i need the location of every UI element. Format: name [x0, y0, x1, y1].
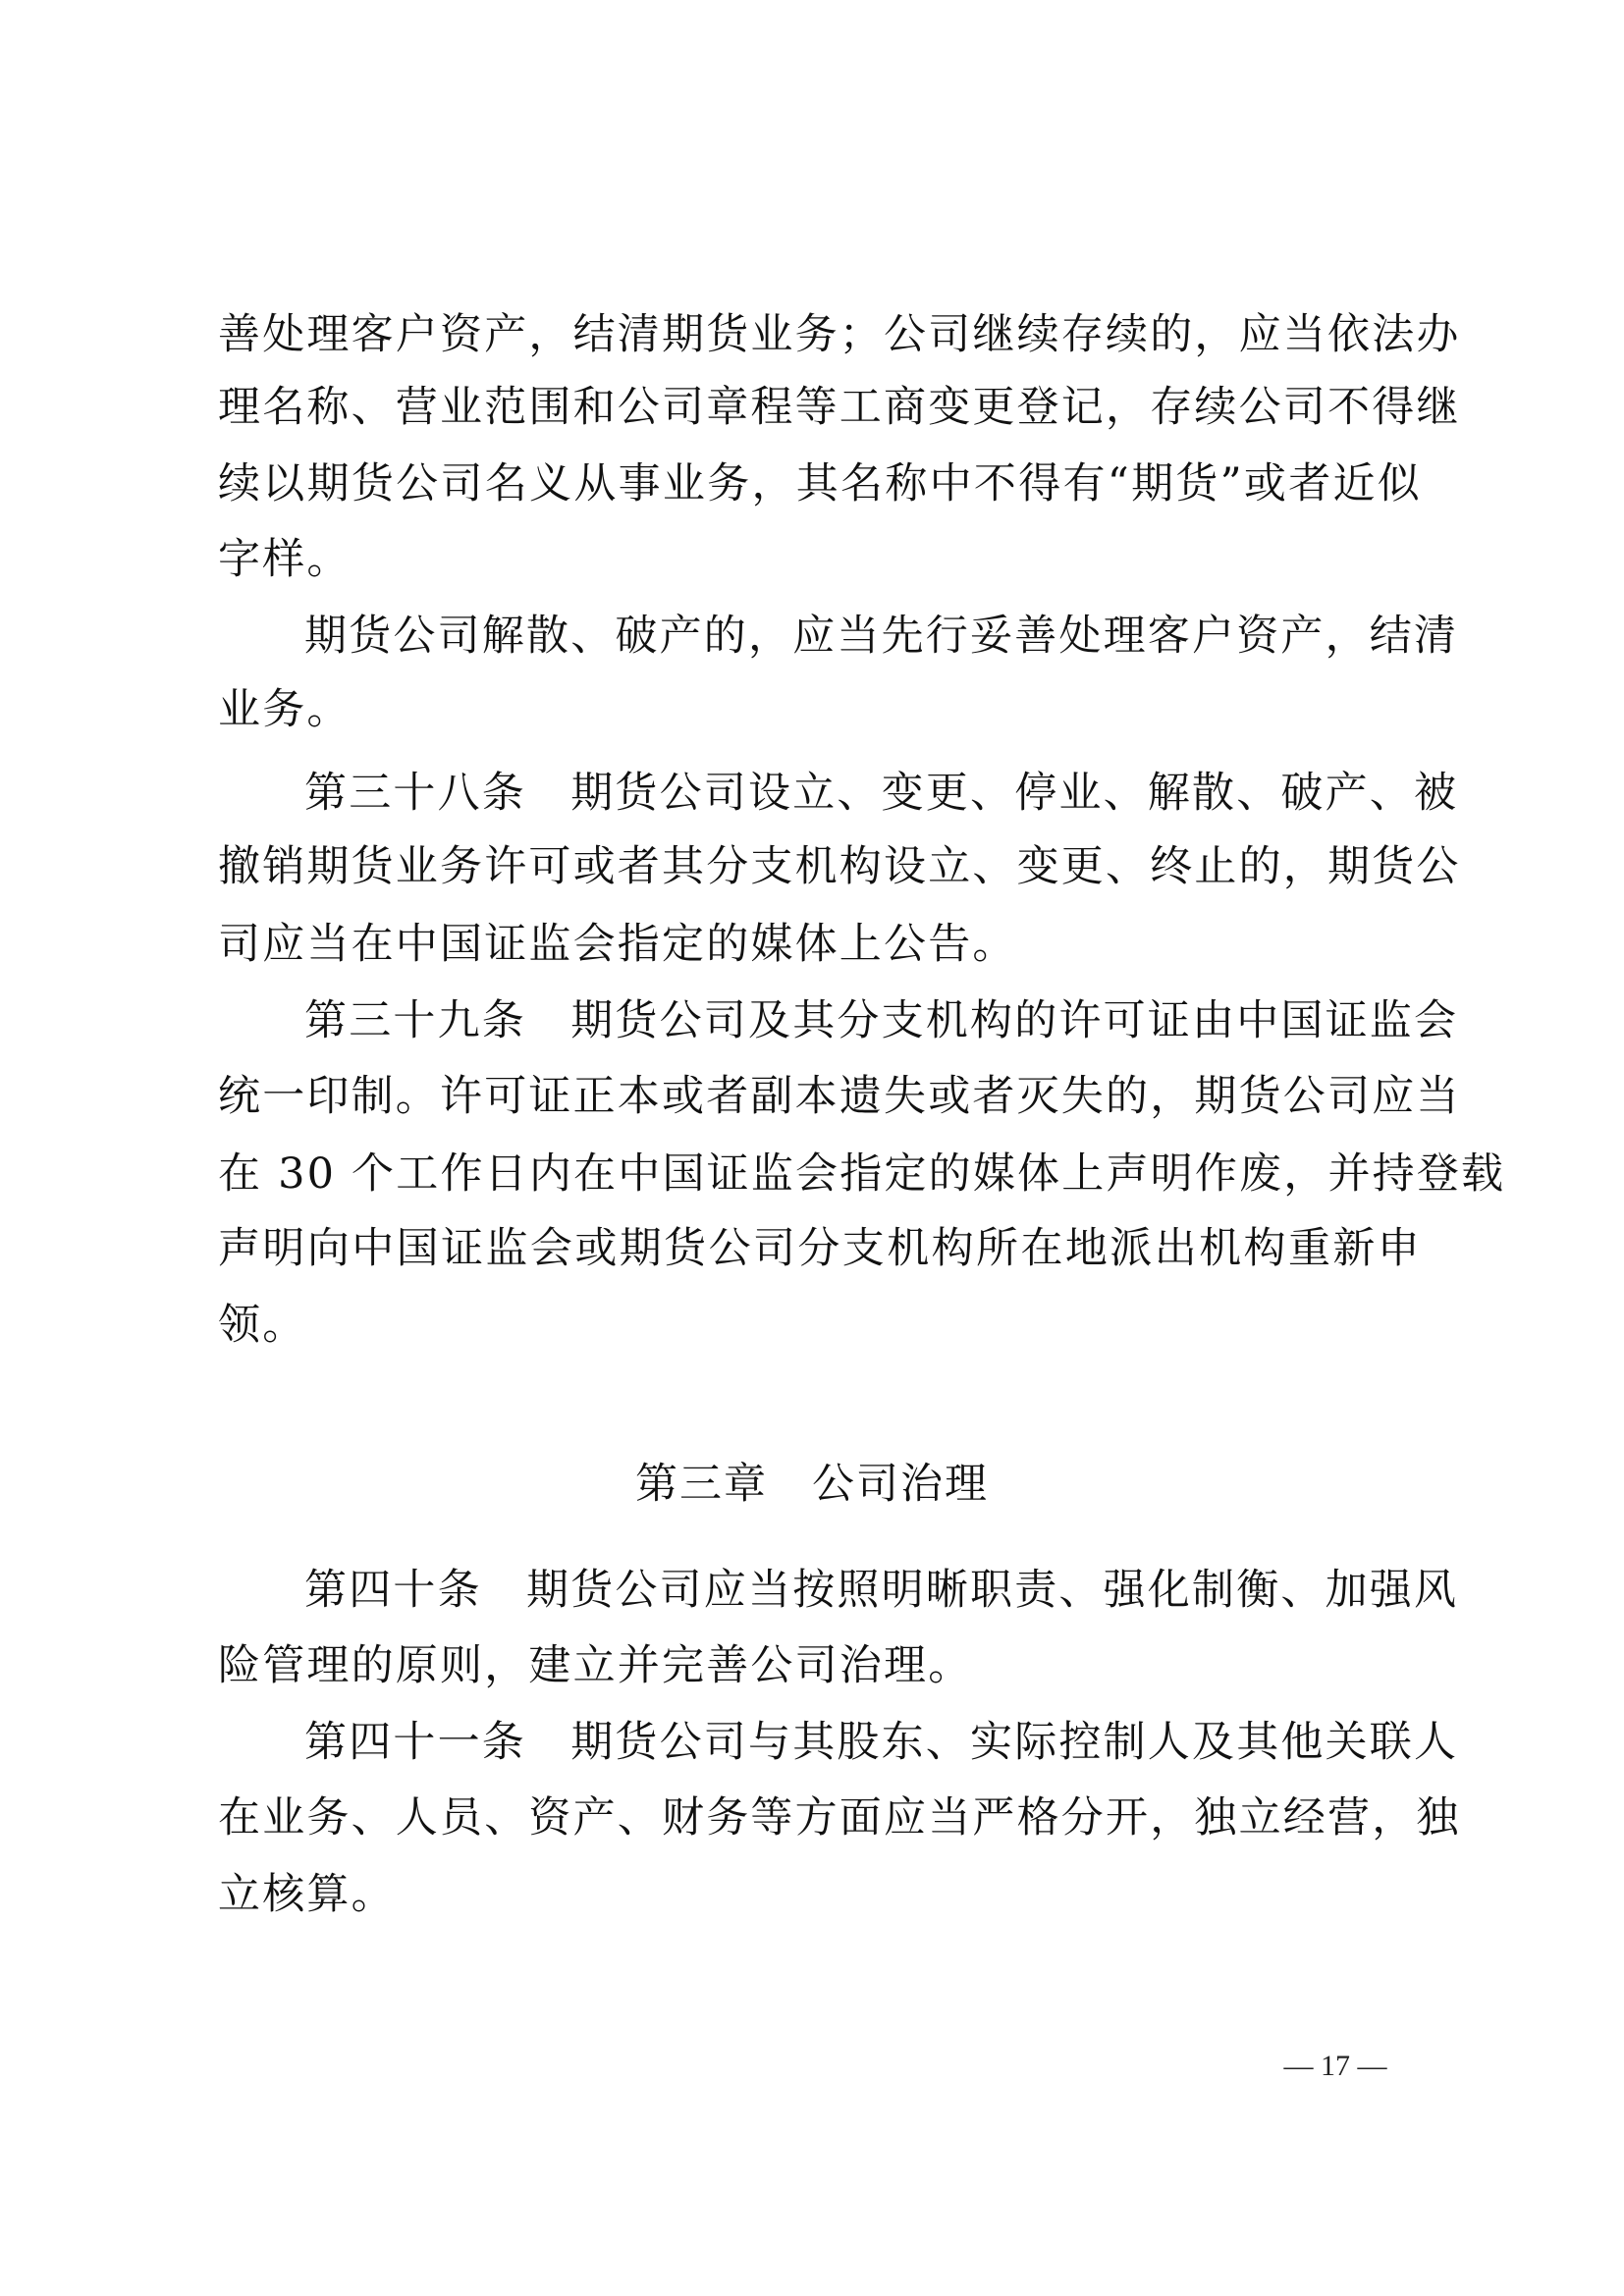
article-38-line: 撤销期货业务许可或者其分支机构设立、变更、终止的，期货公	[218, 837, 1422, 896]
article-38-line: 第三十八条 期货公司设立、变更、停业、解散、破产、被	[304, 764, 1422, 823]
paragraph-line: 字样。	[218, 530, 1422, 589]
article-41-line: 在业务、人员、资产、财务等方面应当严格分开，独立经营，独	[218, 1789, 1422, 1847]
article-39-line: 在 30 个工作日内在中国证监会指定的媒体上声明作废，并持登载	[218, 1145, 1422, 1203]
document-page: 善处理客户资产，结清期货业务；公司继续存续的，应当依法办 理名称、营业范围和公司…	[0, 0, 1624, 2296]
article-39-line: 第三十九条 期货公司及其分支机构的许可证由中国证监会	[304, 991, 1422, 1050]
article-39-line: 统一印制。许可证正本或者副本遗失或者灭失的，期货公司应当	[218, 1067, 1422, 1126]
paragraph-line: 续以期货公司名义从事业务，其名称中不得有“期货”或者近似	[218, 454, 1422, 513]
paragraph-line: 业务。	[218, 680, 1422, 739]
paragraph-line: 理名称、营业范围和公司章程等工商变更登记，存续公司不得继	[218, 378, 1422, 437]
chapter-heading: 第三章 公司治理	[0, 1455, 1624, 1514]
paragraph-line: 期货公司解散、破产的，应当先行妥善处理客户资产，结清	[304, 607, 1422, 666]
article-41-line: 立核算。	[218, 1865, 1422, 1924]
article-39-line: 声明向中国证监会或期货公司分支机构所在地派出机构重新申	[218, 1219, 1422, 1278]
page-number: — 17 —	[1237, 2047, 1434, 2086]
paragraph-line: 善处理客户资产，结清期货业务；公司继续存续的，应当依法办	[218, 305, 1422, 364]
article-40-line: 第四十条 期货公司应当按照明晰职责、强化制衡、加强风	[304, 1561, 1422, 1620]
article-41-line: 第四十一条 期货公司与其股东、实际控制人及其他关联人	[304, 1713, 1422, 1772]
article-40-line: 险管理的原则，建立并完善公司治理。	[218, 1636, 1422, 1695]
article-39-line: 领。	[218, 1296, 1422, 1355]
article-38-line: 司应当在中国证监会指定的媒体上公告。	[218, 915, 1422, 974]
